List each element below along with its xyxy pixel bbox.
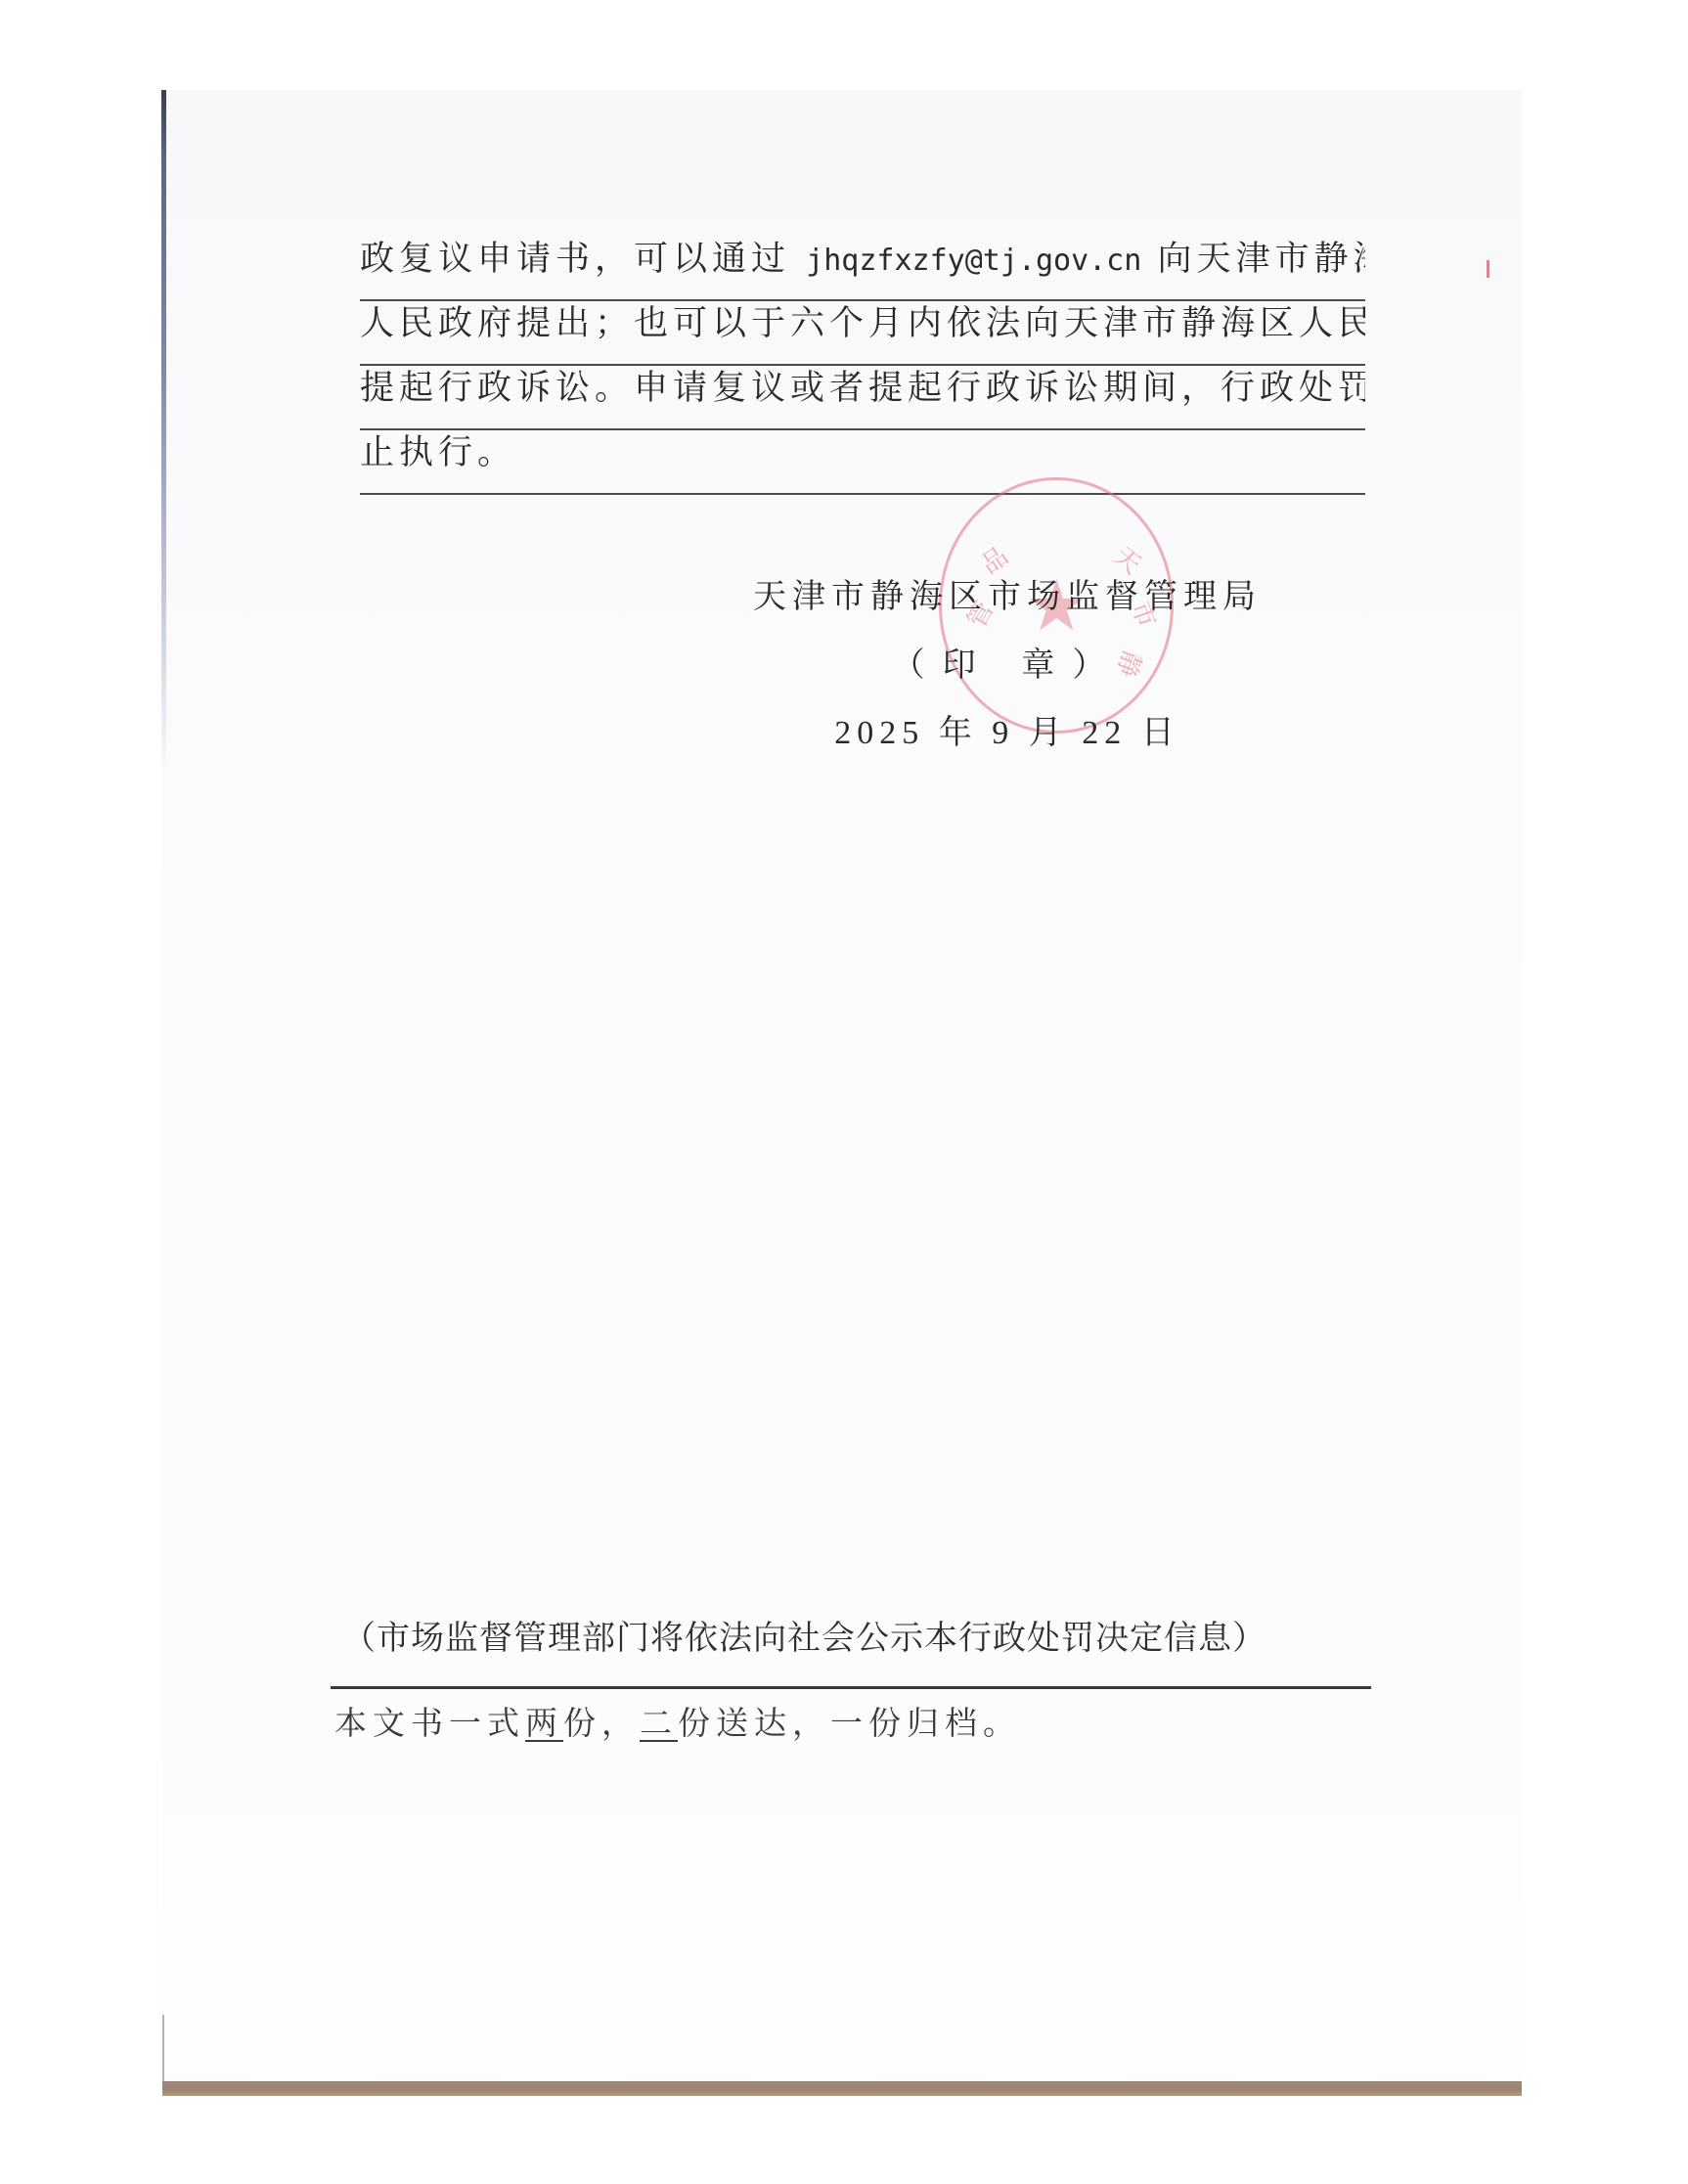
appeal-rights-paragraph: 政复议申请书，可以通过 jhqzfxzfy@tj.gov.cn 向天津市静海区 …	[360, 235, 1365, 493]
table-surface-edge	[162, 2081, 1522, 2096]
paper-left-edge-bottom	[162, 2015, 164, 2083]
footer-divider	[331, 1686, 1371, 1689]
body-line-1: 政复议申请书，可以通过 jhqzfxzfy@tj.gov.cn 向天津市静海区	[360, 235, 1365, 301]
seal-label: （印 章）	[753, 631, 1262, 699]
copies-note: 本文书一式两份，二份送达，一份归档。	[334, 1694, 1021, 1753]
paper-left-edge-shadow	[161, 90, 166, 775]
body-line-4: 止执行。	[360, 428, 1365, 495]
review-email-address: jhqzfxzfy@tj.gov.cn	[806, 244, 1141, 278]
red-ink-mark	[1487, 260, 1489, 278]
publicity-notice: （市场监督管理部门将依法向社会公示本行政处罚决定信息）	[342, 1614, 1369, 1663]
body-line-2: 人民政府提出；也可以于六个月内依法向天津市静海区人民法院	[360, 299, 1365, 366]
signature-block: 天津市静海区市场监督管理局 （印 章） 2025 年 9 月 22 日	[753, 562, 1262, 768]
issuing-authority: 天津市静海区市场监督管理局	[753, 562, 1262, 631]
body-line-3: 提起行政诉讼。申请复议或者提起行政诉讼期间，行政处罚不停	[360, 364, 1365, 430]
issue-date: 2025 年 9 月 22 日	[753, 699, 1262, 768]
